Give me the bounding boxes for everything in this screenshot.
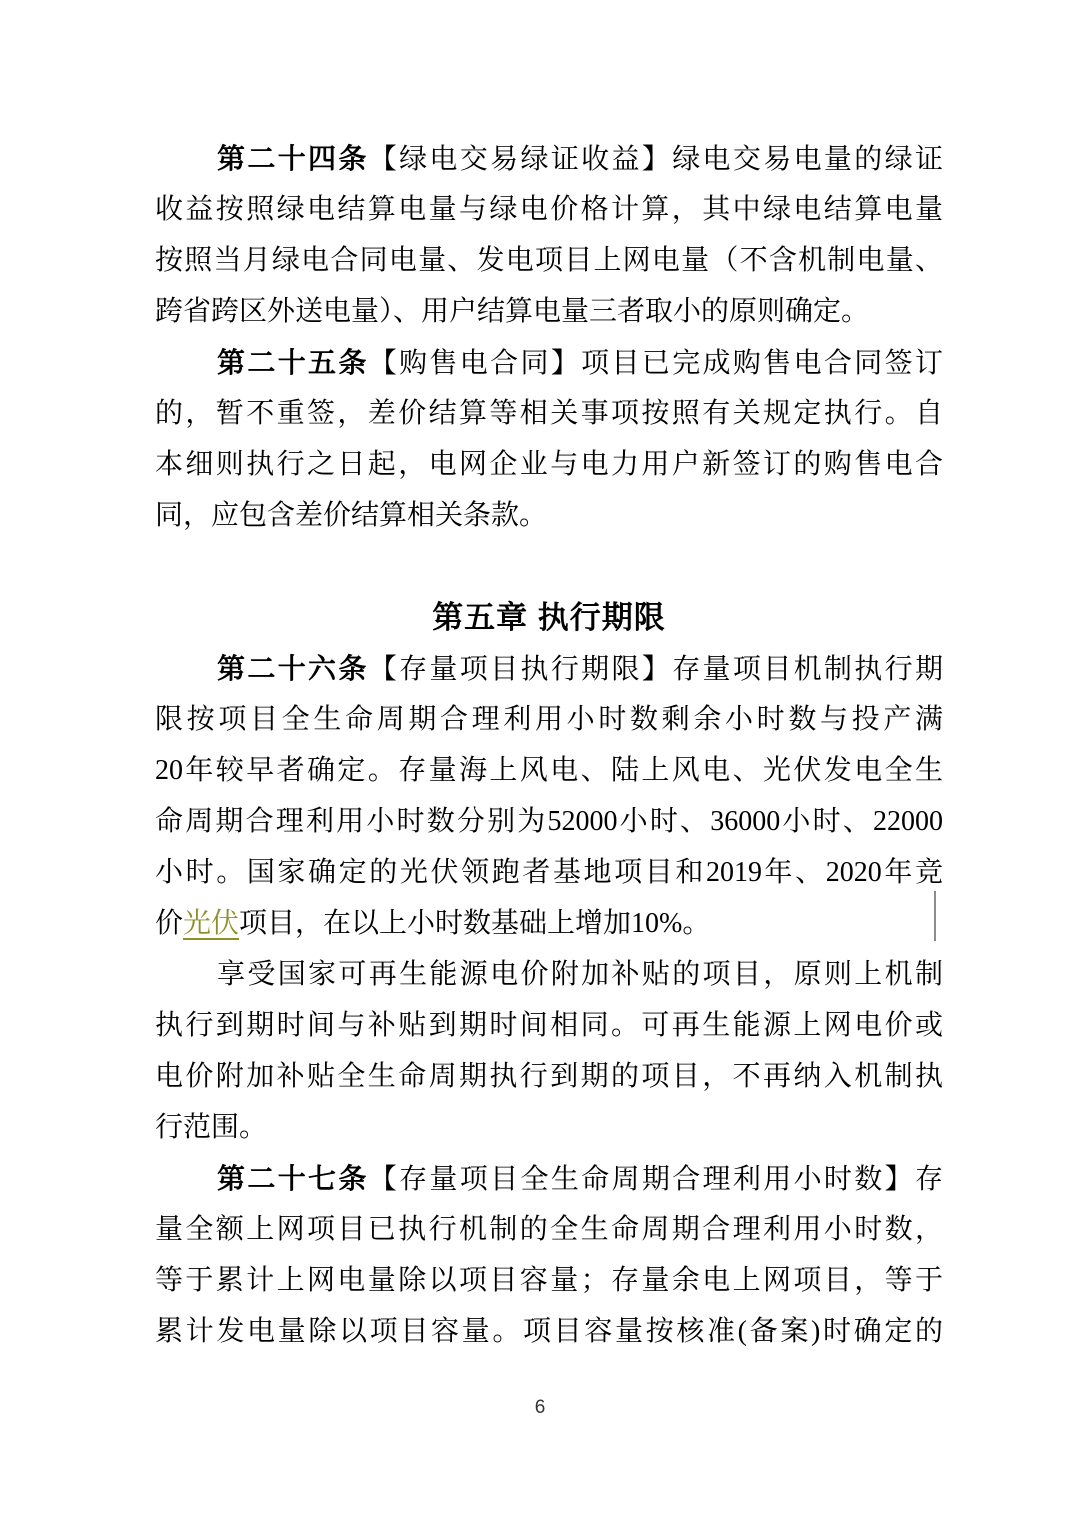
text-line: 第二十六条【存量项目执行期限】存量项目机制执行期 xyxy=(155,643,943,694)
text-segment: 执行到期时间与补贴到期时间相同。可再生能源上网电价或 xyxy=(155,1010,943,1041)
text-line: 享受国家可再生能源电价附加补贴的项目，原则上机制 xyxy=(155,949,943,1000)
text-segment: 跨省跨区外送电量）、用户结算电量三者取小的原则确定。 xyxy=(155,296,869,327)
text-line: 限按项目全生命周期合理利用小时数剩余小时数与投产满 xyxy=(155,694,943,745)
text-segment: 限按项目全生命周期合理利用小时数剩余小时数与投产满 xyxy=(155,704,943,735)
text-line: 跨省跨区外送电量）、用户结算电量三者取小的原则确定。 xyxy=(155,286,943,337)
text-segment: 20年较早者确定。存量海上风电、陆上风电、光伏发电全生 xyxy=(155,755,943,786)
article-number-bold: 第二十六条 xyxy=(217,653,369,684)
article-number-bold: 第二十七条 xyxy=(217,1163,369,1194)
change-bar xyxy=(934,891,936,941)
text-segment: 等于累计上网电量除以项目容量；存量余电上网项目，等于 xyxy=(155,1265,943,1296)
text-line: 价光伏项目，在以上小时数基础上增加10%。 xyxy=(155,898,943,949)
text-segment: 同，应包含差价结算相关条款。 xyxy=(155,500,547,531)
text-segment: 收益按照绿电结算电量与绿电价格计算，其中绿电结算电量 xyxy=(155,194,943,225)
article-number-bold: 第五章 执行期限 xyxy=(432,600,666,635)
text-line: 量全额上网项目已执行机制的全生命周期合理利用小时数， xyxy=(155,1204,943,1255)
text-segment: 本细则执行之日起，电网企业与电力用户新签订的购售电合 xyxy=(155,449,943,480)
spacer-line xyxy=(155,541,943,592)
document-page: 第二十四条【绿电交易绿证收益】绿电交易电量的绿证收益按照绿电结算电量与绿电价格计… xyxy=(0,0,1080,1527)
text-line: 的，暂不重签，差价结算等相关事项按照有关规定执行。自 xyxy=(155,388,943,439)
chapter-heading: 第五章 执行期限 xyxy=(155,592,943,643)
text-segment: 【购售电合同】项目已完成购售电合同签订 xyxy=(369,348,943,379)
inserted-text: 光伏 xyxy=(183,908,239,939)
text-segment: 累计发电量除以项目容量。项目容量按核准(备案)时确定的 xyxy=(155,1316,943,1347)
text-segment: 【存量项目全生命周期合理利用小时数】存 xyxy=(369,1164,943,1195)
text-line: 第二十七条【存量项目全生命周期合理利用小时数】存 xyxy=(155,1153,943,1204)
text-line: 累计发电量除以项目容量。项目容量按核准(备案)时确定的 xyxy=(155,1306,943,1357)
text-segment: 【绿电交易绿证收益】绿电交易电量的绿证 xyxy=(369,144,943,175)
text-line: 等于累计上网电量除以项目容量；存量余电上网项目，等于 xyxy=(155,1255,943,1306)
text-line: 第二十五条【购售电合同】项目已完成购售电合同签订 xyxy=(155,337,943,388)
text-line: 行范围。 xyxy=(155,1102,943,1153)
text-line: 20年较早者确定。存量海上风电、陆上风电、光伏发电全生 xyxy=(155,745,943,796)
document-body: 第二十四条【绿电交易绿证收益】绿电交易电量的绿证收益按照绿电结算电量与绿电价格计… xyxy=(155,133,943,1357)
text-line: 本细则执行之日起，电网企业与电力用户新签订的购售电合 xyxy=(155,439,943,490)
page-number: 6 xyxy=(0,1396,1080,1420)
text-line: 收益按照绿电结算电量与绿电价格计算，其中绿电结算电量 xyxy=(155,184,943,235)
text-line: 小时。国家确定的光伏领跑者基地项目和2019年、2020年竞 xyxy=(155,847,943,898)
text-segment: 量全额上网项目已执行机制的全生命周期合理利用小时数， xyxy=(155,1214,943,1245)
text-line: 命周期合理利用小时数分别为52000小时、36000小时、22000 xyxy=(155,796,943,847)
text-segment: 价 xyxy=(155,908,183,939)
text-segment: 电价附加补贴全生命周期执行到期的项目，不再纳入机制执 xyxy=(155,1061,943,1092)
text-segment: 行范围。 xyxy=(155,1112,267,1143)
text-segment: 享受国家可再生能源电价附加补贴的项目，原则上机制 xyxy=(217,959,943,990)
text-segment: 【存量项目执行期限】存量项目机制执行期 xyxy=(369,654,943,685)
article-number-bold: 第二十五条 xyxy=(217,347,369,378)
text-line: 电价附加补贴全生命周期执行到期的项目，不再纳入机制执 xyxy=(155,1051,943,1102)
text-segment: 项目，在以上小时数基础上增加10%。 xyxy=(239,908,710,939)
text-line: 按照当月绿电合同电量、发电项目上网电量（不含机制电量、 xyxy=(155,235,943,286)
article-number-bold: 第二十四条 xyxy=(217,143,369,174)
text-segment: 命周期合理利用小时数分别为52000小时、36000小时、22000 xyxy=(155,806,943,837)
text-line: 同，应包含差价结算相关条款。 xyxy=(155,490,943,541)
text-segment: 按照当月绿电合同电量、发电项目上网电量（不含机制电量、 xyxy=(155,245,943,276)
text-line: 执行到期时间与补贴到期时间相同。可再生能源上网电价或 xyxy=(155,1000,943,1051)
text-segment: 小时。国家确定的光伏领跑者基地项目和2019年、2020年竞 xyxy=(155,857,943,888)
text-segment: 的，暂不重签，差价结算等相关事项按照有关规定执行。自 xyxy=(155,398,943,429)
text-line: 第二十四条【绿电交易绿证收益】绿电交易电量的绿证 xyxy=(155,133,943,184)
